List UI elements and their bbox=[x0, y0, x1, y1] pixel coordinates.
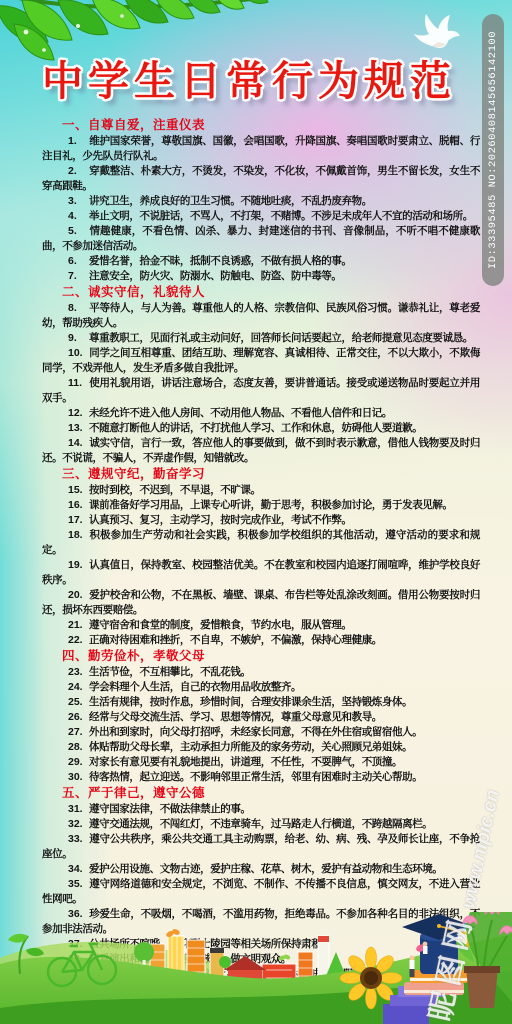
rule-text: 认真值日，保持教室、校园整洁优美。不在教室和校园内追逐打闹喧哗，维护学校良好秩序… bbox=[42, 559, 480, 586]
rule-item: 14.诚实守信，言行一致，答应他人的事要做到，做不到时表示歉意，借他人钱物要及时… bbox=[42, 436, 480, 466]
rule-number: 18. bbox=[68, 528, 89, 543]
rule-item: 15.按时到校，不迟到，不早退，不旷课。 bbox=[42, 483, 480, 498]
rule-text: 生活有规律，按时作息，珍惜时间，合理安排课余生活，坚持锻炼身体。 bbox=[89, 696, 412, 708]
rule-number: 14. bbox=[68, 436, 89, 451]
rule-text: 遵守网络道德和安全规定，不浏览、不制作、不传播不良信息，慎交网友，不进入营业性网… bbox=[42, 878, 480, 905]
rule-text: 维护国家荣誉，尊敬国旗、国徽，会唱国歌，升降国旗、奏唱国歌时要肃立、脱帽、行注目… bbox=[42, 135, 480, 162]
rule-number: 25. bbox=[68, 695, 89, 710]
rule-item: 31.遵守国家法律，不做法律禁止的事。 bbox=[42, 802, 480, 817]
rule-item: 7.注意安全，防火灾、防溺水、防触电、防盗、防中毒等。 bbox=[42, 269, 480, 284]
rule-text: 讲究卫生，养成良好的卫生习惯。不随地吐痰，不乱扔废弃物。 bbox=[89, 195, 372, 207]
rule-number: 9. bbox=[68, 331, 89, 346]
rule-item: 10.同学之间互相尊重、团结互助、理解宽容、真诚相待、正常交往，不以大欺小，不欺… bbox=[42, 346, 480, 376]
rule-number: 35. bbox=[68, 877, 89, 892]
rule-text: 未经允许不进入他人房间、不动用他人物品、不看他人信件和日记。 bbox=[89, 407, 392, 419]
rule-text: 课前准备好学习用品，上课专心听讲，勤于思考，积极参加讨论，勇于发表见解。 bbox=[89, 499, 453, 511]
rule-number: 31. bbox=[68, 802, 89, 817]
rule-text: 遵守交通法规，不闯红灯，不违章骑车，过马路走人行横道，不跨越隔离栏。 bbox=[89, 818, 432, 830]
bottom-scene bbox=[0, 912, 512, 1024]
rule-item: 22.正确对待困难和挫折，不自卑，不嫉妒，不偏激，保持心理健康。 bbox=[42, 633, 480, 648]
rule-text: 按时到校，不迟到，不早退，不旷课。 bbox=[89, 484, 261, 496]
rule-number: 22. bbox=[68, 633, 89, 648]
rule-number: 32. bbox=[68, 817, 89, 832]
rule-number: 21. bbox=[68, 618, 89, 633]
rule-item: 32.遵守交通法规，不闯红灯，不违章骑车，过马路走人行横道，不跨越隔离栏。 bbox=[42, 817, 480, 832]
rule-item: 27.外出和到家时，向父母打招呼，未经家长同意，不得在外住宿或留宿他人。 bbox=[42, 725, 480, 740]
section-heading: 四、勤劳俭朴，孝敬父母 bbox=[42, 648, 480, 665]
rule-text: 情趣健康，不看色情、凶杀、暴力、封建迷信的书刊、音像制品，不听不唱不健康歌曲，不… bbox=[42, 225, 480, 252]
rule-number: 23. bbox=[68, 665, 89, 680]
rule-item: 34.爱护公用设施、文物古迹，爱护庄稼、花草、树木，爱护有益动物和生态环境。 bbox=[42, 862, 480, 877]
rule-number: 26. bbox=[68, 710, 89, 725]
rule-text: 爱护公用设施、文物古迹，爱护庄稼、花草、树木，爱护有益动物和生态环境。 bbox=[89, 863, 443, 875]
rule-text: 平等待人，与人为善。尊重他人的人格、宗教信仰、民族风俗习惯。谦恭礼让，尊老爱幼，… bbox=[42, 302, 480, 329]
rule-item: 19.认真值日，保持教室、校园整洁优美。不在教室和校园内追逐打闹喧哗，维护学校良… bbox=[42, 558, 480, 588]
rule-text: 穿戴整洁、朴素大方，不烫发，不染发，不化妆，不佩戴首饰，男生不留长发，女生不穿高… bbox=[42, 165, 480, 192]
rule-item: 4.举止文明，不说脏话，不骂人，不打架，不赌博。不涉足未成年人不宜的活动和场所。 bbox=[42, 209, 480, 224]
rule-text: 生活节俭，不互相攀比，不乱花钱。 bbox=[89, 666, 251, 678]
rule-item: 6.爱惜名誉，拾金不昧，抵制不良诱惑，不做有损人格的事。 bbox=[42, 254, 480, 269]
rule-number: 6. bbox=[68, 254, 89, 269]
rule-text: 同学之间互相尊重、团结互助、理解宽容、真诚相待、正常交往，不以大欺小，不欺侮同学… bbox=[42, 347, 480, 374]
rule-item: 3.讲究卫生，养成良好的卫生习惯。不随地吐痰，不乱扔废弃物。 bbox=[42, 194, 480, 209]
rule-item: 9.尊重教职工，见面行礼或主动问好，回答师长问话要起立，给老师提意见态度要诚恳。 bbox=[42, 331, 480, 346]
rule-number: 15. bbox=[68, 483, 89, 498]
rule-item: 21.遵守宿舍和食堂的制度，爱惜粮食，节约水电，服从管理。 bbox=[42, 618, 480, 633]
rule-item: 24.学会料理个人生活，自己的衣物用品收放整齐。 bbox=[42, 680, 480, 695]
rule-item: 28.体贴帮助父母长辈，主动承担力所能及的家务劳动，关心照顾兄弟姐妹。 bbox=[42, 740, 480, 755]
rule-number: 4. bbox=[68, 209, 89, 224]
rule-text: 爱护校舍和公物，不在黑板、墙壁、课桌、布告栏等处乱涂改刻画。借用公物要按时归还，… bbox=[42, 589, 480, 616]
rule-item: 5.情趣健康，不看色情、凶杀、暴力、封建迷信的书刊、音像制品，不听不唱不健康歌曲… bbox=[42, 224, 480, 254]
rule-text: 体贴帮助父母长辈，主动承担力所能及的家务劳动，关心照顾兄弟姐妹。 bbox=[89, 741, 412, 753]
rule-number: 33. bbox=[68, 832, 89, 847]
rule-text: 对家长有意见要有礼貌地提出，讲道理，不任性，不耍脾气，不顶撞。 bbox=[89, 756, 402, 768]
rule-number: 30. bbox=[68, 770, 89, 785]
rule-text: 爱惜名誉，拾金不昧，抵制不良诱惑，不做有损人格的事。 bbox=[89, 255, 352, 267]
rule-number: 7. bbox=[68, 269, 89, 284]
rule-number: 8. bbox=[68, 301, 89, 316]
rule-number: 12. bbox=[68, 406, 89, 421]
rule-item: 13.不随意打断他人的讲话，不打扰他人学习、工作和休息，妨碍他人要道歉。 bbox=[42, 421, 480, 436]
rule-item: 16.课前准备好学习用品，上课专心听讲，勤于思考，积极参加讨论，勇于发表见解。 bbox=[42, 498, 480, 513]
poster: ID:33395485 NO:20260408145656142100 中学生日… bbox=[0, 0, 512, 1024]
rule-number: 10. bbox=[68, 346, 89, 361]
rule-item: 33.遵守公共秩序，乘公共交通工具主动购票，给老、幼、病、残、孕及师长让座，不争… bbox=[42, 832, 480, 862]
rule-number: 1. bbox=[68, 134, 89, 149]
rule-text: 学会料理个人生活，自己的衣物用品收放整齐。 bbox=[89, 681, 301, 693]
rule-item: 20.爱护校舍和公物，不在黑板、墙壁、课桌、布告栏等处乱涂改刻画。借用公物要按时… bbox=[42, 588, 480, 618]
rule-number: 16. bbox=[68, 498, 89, 513]
rule-text: 积极参加生产劳动和社会实践，积极参加学校组织的其他活动，遵守活动的要求和规定。 bbox=[42, 529, 480, 556]
section-heading: 二、诚实守信，礼貌待人 bbox=[42, 284, 480, 301]
rule-item: 2.穿戴整洁、朴素大方，不烫发，不染发，不化妆，不佩戴首饰，男生不留长发，女生不… bbox=[42, 164, 480, 194]
section-heading: 一、自尊自爱，注重仪表 bbox=[42, 117, 480, 134]
rule-number: 24. bbox=[68, 680, 89, 695]
rule-number: 2. bbox=[68, 164, 89, 179]
rule-text: 经常与父母交流生活、学习、思想等情况，尊重父母意见和教导。 bbox=[89, 711, 382, 723]
rule-item: 29.对家长有意见要有礼貌地提出，讲道理，不任性，不耍脾气，不顶撞。 bbox=[42, 755, 480, 770]
rule-text: 注意安全，防火灾、防溺水、防触电、防盗、防中毒等。 bbox=[89, 270, 342, 282]
rule-item: 1.维护国家荣誉，尊敬国旗、国徽，会唱国歌，升降国旗、奏唱国歌时要肃立、脱帽、行… bbox=[42, 134, 480, 164]
rule-text: 正确对待困难和挫折，不自卑，不嫉妒，不偏激，保持心理健康。 bbox=[89, 634, 382, 646]
rule-item: 35.遵守网络道德和安全规定，不浏览、不制作、不传播不良信息，慎交网友，不进入营… bbox=[42, 877, 480, 907]
rule-number: 5. bbox=[68, 224, 89, 239]
rule-number: 3. bbox=[68, 194, 89, 209]
section-heading: 五、严于律己，遵守公德 bbox=[42, 785, 480, 802]
rule-text: 遵守公共秩序，乘公共交通工具主动购票，给老、幼、病、残、孕及师长让座，不争抢座位… bbox=[42, 833, 480, 860]
rule-number: 20. bbox=[68, 588, 89, 603]
rule-text: 遵守宿舍和食堂的制度，爱惜粮食，节约水电，服从管理。 bbox=[89, 619, 352, 631]
rule-number: 27. bbox=[68, 725, 89, 740]
rule-item: 11.使用礼貌用语，讲话注意场合，态度友善，要讲普通话。接受或递送物品时要起立并… bbox=[42, 376, 480, 406]
rule-text: 待客热情，起立迎送。不影响邻里正常生活，邻里有困难时主动关心帮助。 bbox=[89, 771, 422, 783]
rule-item: 17.认真预习、复习，主动学习，按时完成作业，考试不作弊。 bbox=[42, 513, 480, 528]
rule-text: 不随意打断他人的讲话，不打扰他人学习、工作和休息，妨碍他人要道歉。 bbox=[89, 422, 422, 434]
rule-number: 17. bbox=[68, 513, 89, 528]
rule-item: 12.未经允许不进入他人房间、不动用他人物品、不看他人信件和日记。 bbox=[42, 406, 480, 421]
rule-item: 25.生活有规律，按时作息，珍惜时间，合理安排课余生活，坚持锻炼身体。 bbox=[42, 695, 480, 710]
rule-text: 举止文明，不说脏话，不骂人，不打架，不赌博。不涉足未成年人不宜的活动和场所。 bbox=[89, 210, 473, 222]
section-heading: 三、遵规守纪，勤奋学习 bbox=[42, 466, 480, 483]
rule-text: 使用礼貌用语，讲话注意场合，态度友善，要讲普通话。接受或递送物品时要起立并用双手… bbox=[42, 377, 480, 404]
rule-item: 30.待客热情，起立迎送。不影响邻里正常生活，邻里有困难时主动关心帮助。 bbox=[42, 770, 480, 785]
rule-number: 11. bbox=[68, 376, 89, 391]
rule-number: 13. bbox=[68, 421, 89, 436]
rule-text: 认真预习、复习，主动学习，按时完成作业，考试不作弊。 bbox=[89, 514, 352, 526]
rule-item: 18.积极参加生产劳动和社会实践，积极参加学校组织的其他活动，遵守活动的要求和规… bbox=[42, 528, 480, 558]
rule-number: 29. bbox=[68, 755, 89, 770]
rule-number: 28. bbox=[68, 740, 89, 755]
rule-number: 34. bbox=[68, 862, 89, 877]
rule-item: 23.生活节俭，不互相攀比，不乱花钱。 bbox=[42, 665, 480, 680]
rule-text: 外出和到家时，向父母打招呼，未经家长同意，不得在外住宿或留宿他人。 bbox=[89, 726, 422, 738]
rule-item: 8.平等待人，与人为善。尊重他人的人格、宗教信仰、民族风俗习惯。谦恭礼让，尊老爱… bbox=[42, 301, 480, 331]
rule-text: 遵守国家法律，不做法律禁止的事。 bbox=[89, 803, 251, 815]
rule-number: 19. bbox=[68, 558, 89, 573]
rule-text: 尊重教职工，见面行礼或主动问好，回答师长问话要起立，给老师提意见态度要诚恳。 bbox=[89, 332, 473, 344]
poster-title: 中学生日常行为规范 bbox=[0, 48, 498, 107]
rules-list: 一、自尊自爱，注重仪表1.维护国家荣誉，尊敬国旗、国徽，会唱国歌，升降国旗、奏唱… bbox=[42, 117, 480, 1012]
rule-item: 26.经常与父母交流生活、学习、思想等情况，尊重父母意见和教导。 bbox=[42, 710, 480, 725]
rule-text: 诚实守信，言行一致，答应他人的事要做到，做不到时表示歉意，借他人钱物要及时归还。… bbox=[42, 437, 480, 464]
